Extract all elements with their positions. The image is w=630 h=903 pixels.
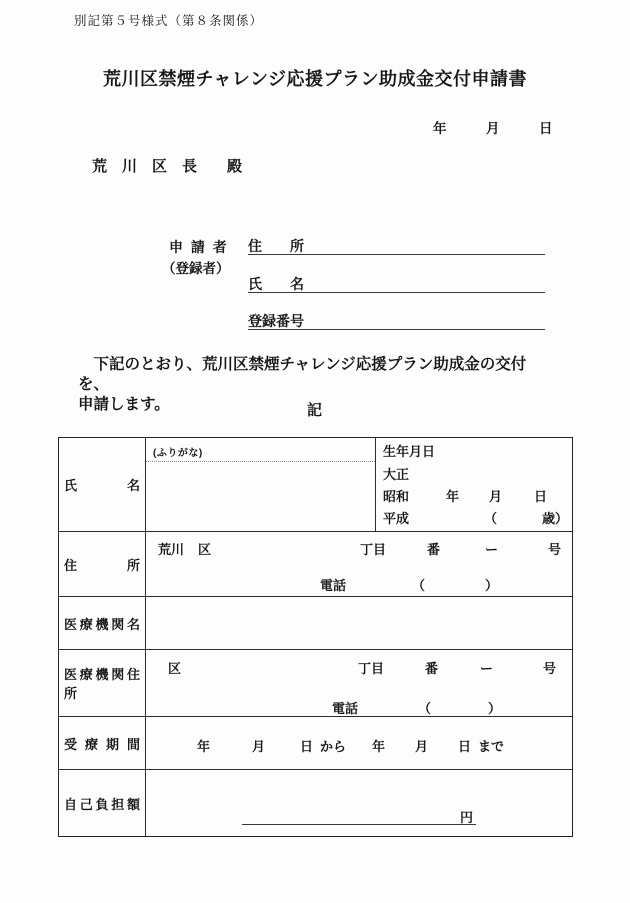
- era-heisei-label: 平成: [383, 512, 409, 525]
- period-month1: 月: [252, 740, 265, 753]
- era-showa-label: 昭和: [383, 490, 409, 503]
- address-tel-open: （: [412, 579, 425, 592]
- period-year1: 年: [197, 740, 210, 753]
- ki-heading: 記: [58, 399, 571, 420]
- body-line-1: 下記のとおり、荒川区禁煙チャレンジ応援プラン助成金の交付を、: [78, 356, 526, 393]
- clinic-name-label-cell: 医療機関名: [59, 597, 146, 649]
- period-day1: 日: [300, 740, 313, 753]
- clinic-address-label-cell: 医療機関住所: [59, 650, 146, 716]
- birthdate-cell: 生年月日 大正 昭和 年 月 日 平成 （ 歳）: [376, 438, 572, 531]
- self-payment-row-label: 自己負担額: [59, 794, 145, 813]
- amount-underline: 円: [242, 807, 476, 825]
- date-year-label: 年: [433, 117, 447, 137]
- clinic-name-content-cell: [146, 597, 572, 649]
- addressee-line: 荒 川 区 長 殿: [92, 155, 242, 176]
- table-row-treatment-period: 受療期間 年 月 日 から 年 月 日 まで: [59, 716, 572, 769]
- furigana-name-cell: (ふりがな): [146, 438, 376, 531]
- age-paren-open: （: [484, 512, 497, 525]
- self-payment-content-cell: 円: [146, 770, 572, 836]
- clinic-address-dash: ー: [480, 662, 493, 675]
- birth-month-label: 月: [489, 490, 502, 503]
- clinic-name-row-label: 医療機関名: [59, 614, 145, 633]
- clinic-address-row-label: 医療機関住所: [59, 664, 145, 702]
- address-chome: 丁目: [360, 543, 386, 556]
- application-table: 氏名 (ふりがな) 生年月日 大正 昭和 年 月 日 平成 （ 歳）: [58, 437, 573, 837]
- date-day-label: 日: [539, 117, 553, 137]
- period-year2: 年: [372, 740, 385, 753]
- table-row-address: 住所 荒川 区 丁目 番 ー 号 電話 （ ）: [59, 531, 572, 596]
- address-ku: 区: [198, 543, 211, 556]
- self-payment-label-cell: 自己負担額: [59, 770, 146, 836]
- date-month-label: 月: [486, 117, 500, 137]
- registration-number-field: 登録番号: [248, 311, 545, 330]
- applicant-registrant-label: （登録者）: [162, 257, 230, 277]
- clinic-address-chome: 丁目: [358, 662, 384, 675]
- treatment-period-row-label: 受療期間: [59, 734, 145, 753]
- address-ward: 荒川: [158, 543, 184, 556]
- clinic-address-ban: 番: [425, 662, 438, 675]
- period-from: から: [320, 740, 346, 753]
- clinic-tel-open: （: [418, 702, 431, 715]
- clinic-address-content-cell: 区 丁目 番 ー 号 電話 （ ）: [146, 650, 572, 716]
- treatment-period-content-cell: 年 月 日 から 年 月 日 まで: [146, 717, 572, 769]
- address-ban: 番: [427, 543, 440, 556]
- period-day2: 日: [458, 740, 471, 753]
- table-row-clinic-name: 医療機関名: [59, 596, 572, 649]
- treatment-period-label-cell: 受療期間: [59, 717, 146, 769]
- applicant-address-label: 住 所: [248, 238, 304, 254]
- clinic-address-ku: 区: [168, 662, 181, 675]
- address-dash: ー: [485, 543, 498, 556]
- applicant-name-label: 氏 名: [248, 276, 304, 292]
- period-to: まで: [478, 740, 504, 753]
- applicant-name-field: 氏 名: [248, 274, 545, 293]
- address-tel-label: 電話: [320, 579, 346, 592]
- application-form-page: 別記第５号様式（第８条関係） 荒川区禁煙チャレンジ応援プラン助成金交付申請書 年…: [0, 0, 630, 903]
- yen-label: 円: [460, 810, 473, 825]
- birth-day-label: 日: [534, 490, 547, 503]
- name-label-cell: 氏名: [59, 438, 146, 531]
- form-number: 別記第５号様式（第８条関係）: [74, 11, 263, 29]
- table-row-self-payment: 自己負担額 円: [59, 769, 572, 836]
- clinic-tel-close: ）: [488, 702, 501, 715]
- clinic-tel-label: 電話: [332, 702, 358, 715]
- address-label-cell: 住所: [59, 532, 146, 596]
- furigana-sub-cell: (ふりがな): [146, 438, 375, 462]
- address-row-label: 住所: [59, 555, 145, 574]
- period-month2: 月: [415, 740, 428, 753]
- applicant-address-field: 住 所: [248, 236, 545, 255]
- address-content-cell: 荒川 区 丁目 番 ー 号 電話 （ ）: [146, 532, 572, 596]
- applicant-role-label: 申 請 者: [169, 237, 229, 257]
- birth-year-label: 年: [446, 490, 459, 503]
- clinic-address-go: 号: [543, 662, 556, 675]
- form-title: 荒川区禁煙チャレンジ応援プラン助成金交付申請書: [0, 65, 630, 91]
- birthdate-header: 生年月日: [383, 445, 435, 458]
- table-row-name: 氏名 (ふりがな) 生年月日 大正 昭和 年 月 日 平成 （ 歳）: [59, 438, 572, 531]
- name-row-label: 氏名: [59, 475, 145, 494]
- address-tel-close: ）: [485, 579, 498, 592]
- furigana-label: (ふりがな): [153, 448, 203, 459]
- registration-number-label: 登録番号: [248, 313, 304, 329]
- era-taisho-label: 大正: [383, 468, 409, 481]
- table-row-clinic-address: 医療機関住所 区 丁目 番 ー 号 電話 （ ）: [59, 649, 572, 716]
- age-label: 歳）: [542, 512, 568, 525]
- address-go: 号: [548, 543, 561, 556]
